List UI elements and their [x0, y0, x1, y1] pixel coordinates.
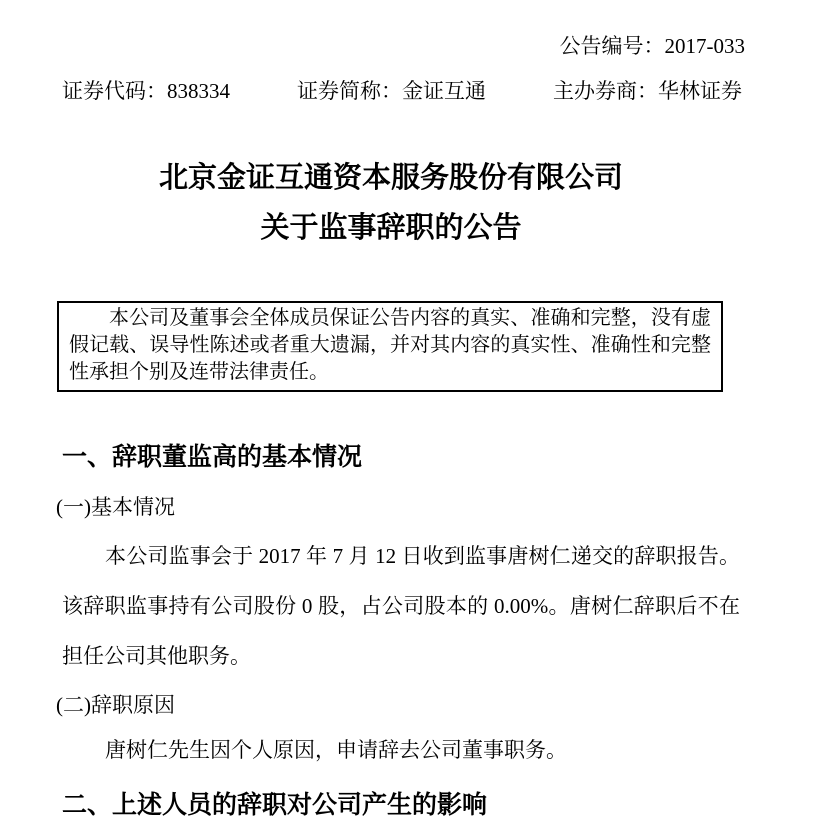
- section-2-heading: 二、上述人员的辞职对公司产生的影响: [62, 785, 487, 821]
- subsection-2-heading: (二)辞职原因: [56, 689, 175, 719]
- basic-info-paragraph: 本公司监事会于 2017 年 7 月 12 日收到监事唐树仁递交的辞职报告。该辞…: [62, 531, 740, 681]
- disclaimer-box: 本公司及董事会全体成员保证公告内容的真实、准确和完整，没有虚假记载、误导性陈述或…: [57, 301, 723, 392]
- announcement-document: 公告编号：2017-033 证券代码：838334 证券简称：金证互通 主办券商…: [0, 0, 819, 838]
- announcement-number: 公告编号：2017-033: [560, 30, 746, 60]
- document-title: 北京金证互通资本服务股份有限公司 关于监事辞职的公告: [31, 153, 751, 253]
- document-title-line2: 关于监事辞职的公告: [31, 203, 751, 253]
- disclaimer-text: 本公司及董事会全体成员保证公告内容的真实、准确和完整，没有虚假记载、误导性陈述或…: [69, 305, 711, 386]
- securities-short-name: 证券简称：金证互通: [297, 75, 486, 105]
- document-title-line1: 北京金证互通资本服务股份有限公司: [31, 153, 751, 203]
- subsection-1-heading: (一)基本情况: [56, 491, 175, 521]
- securities-code: 证券代码：838334: [62, 75, 230, 105]
- resignation-reason-paragraph: 唐树仁先生因个人原因，申请辞去公司董事职务。: [62, 736, 740, 764]
- securities-header-row: 证券代码：838334 证券简称：金证互通 主办券商：华林证券: [62, 75, 742, 105]
- sponsor-broker: 主办券商：华林证券: [553, 75, 742, 105]
- section-1-heading: 一、辞职董监高的基本情况: [62, 437, 362, 473]
